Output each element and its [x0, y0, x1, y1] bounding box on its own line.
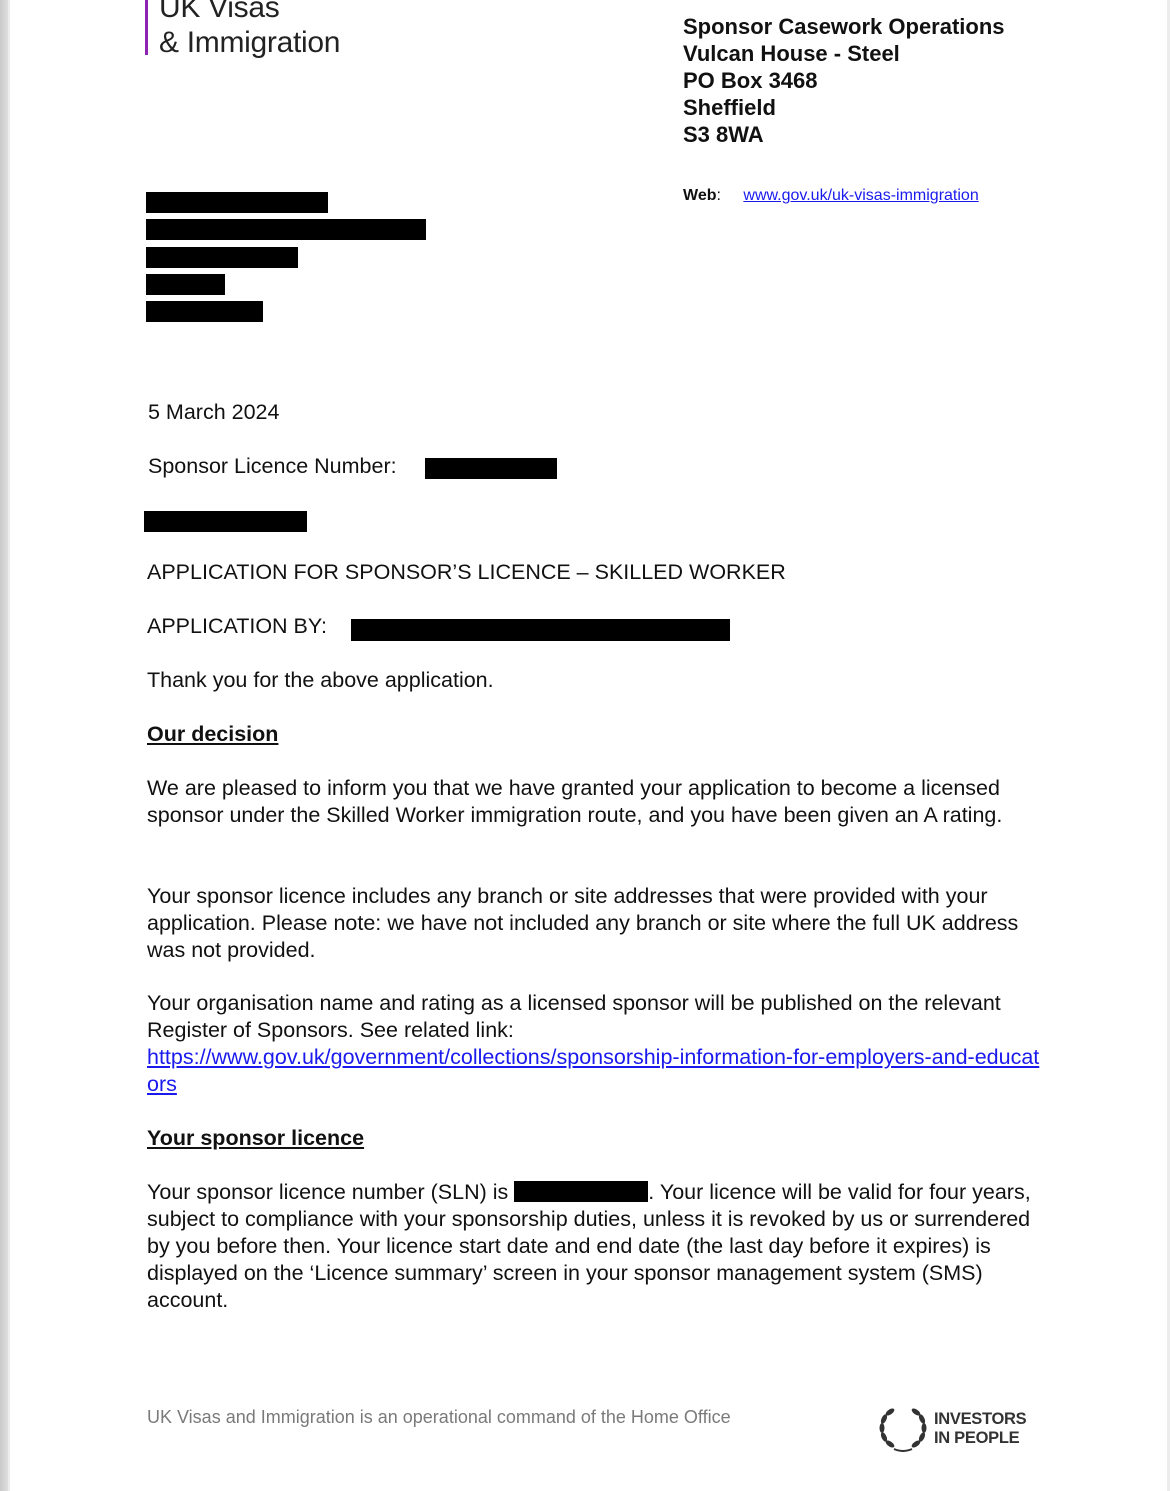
application-by: APPLICATION BY:: [147, 613, 327, 640]
redacted-recipient-line: [146, 192, 328, 213]
letter-date: 5 March 2024: [148, 399, 279, 426]
decision-paragraph-1: We are pleased to inform you that we hav…: [147, 775, 1047, 829]
redacted-applicant-name: [351, 619, 730, 641]
licence-heading: Your sponsor licence: [147, 1125, 364, 1152]
redacted-recipient-line: [146, 274, 225, 295]
decision-heading: Our decision: [147, 721, 278, 748]
decision-paragraph-2: Your sponsor licence includes any branch…: [147, 883, 1047, 964]
iip-line-1: INVESTORS: [934, 1410, 1026, 1429]
sender-address: Sponsor Casework Operations Vulcan House…: [683, 13, 1005, 148]
sponsor-licence-number: Sponsor Licence Number:: [148, 453, 397, 480]
register-of-sponsors-link[interactable]: https://www.gov.uk/government/collection…: [147, 1045, 1039, 1096]
address-line: S3 8WA: [683, 121, 1005, 148]
address-line: PO Box 3468: [683, 67, 1005, 94]
web-label: Web: [683, 187, 716, 204]
licence-text-start: Your sponsor licence number (SLN) is: [147, 1180, 514, 1204]
redacted-recipient-line: [146, 301, 263, 322]
footer-statement: UK Visas and Immigration is an operation…: [147, 1407, 731, 1428]
licence-paragraph: Your sponsor licence number (SLN) is . Y…: [147, 1179, 1042, 1314]
application-by-label: APPLICATION BY:: [147, 614, 327, 638]
redacted-recipient-line: [146, 219, 426, 240]
investors-in-people-text: INVESTORS IN PEOPLE: [934, 1410, 1026, 1448]
logo-line-2: & Immigration: [159, 25, 340, 60]
logo-text: UK Visas & Immigration: [159, 0, 340, 60]
address-line: Sponsor Casework Operations: [683, 13, 1005, 40]
sponsor-licence-label: Sponsor Licence Number:: [148, 454, 397, 478]
web-colon: :: [716, 187, 720, 204]
address-line: Vulcan House - Steel: [683, 40, 1005, 67]
thanks-line: Thank you for the above application.: [147, 667, 494, 694]
page-edge-shadow: [0, 0, 8, 1491]
decision-paragraph-3: Your organisation name and rating as a l…: [147, 990, 1047, 1098]
register-text: Your organisation name and rating as a l…: [147, 991, 1001, 1042]
redacted-recipient-line: [146, 247, 298, 268]
redacted-sln: [514, 1181, 648, 1202]
logo-line-1: UK Visas: [159, 0, 340, 25]
page-edge: [8, 0, 10, 1491]
redacted-licence-number: [425, 458, 557, 479]
investors-in-people-logo: INVESTORS IN PEOPLE: [878, 1404, 928, 1457]
iip-line-2: IN PEOPLE: [934, 1429, 1026, 1448]
web-link[interactable]: www.gov.uk/uk-visas-immigration: [743, 187, 978, 204]
laurel-wreath-icon: [878, 1404, 928, 1452]
logo-accent-bar: [145, 0, 148, 55]
letter-subject: APPLICATION FOR SPONSOR’S LICENCE – SKIL…: [147, 559, 786, 586]
web-info: Web: www.gov.uk/uk-visas-immigration: [683, 187, 979, 205]
redacted-reference: [144, 511, 307, 532]
address-line: Sheffield: [683, 94, 1005, 121]
